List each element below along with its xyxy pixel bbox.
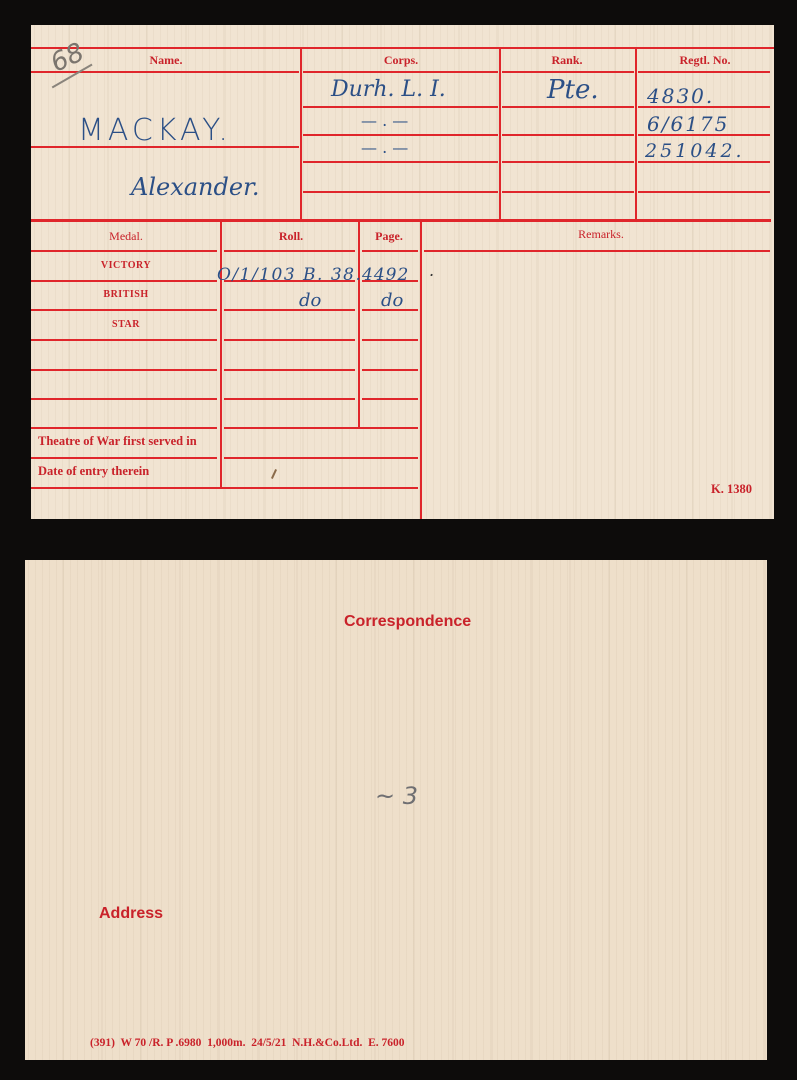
rule-line — [31, 339, 217, 341]
rule-divider — [358, 221, 360, 428]
corps-entry-2: — . — — [361, 111, 408, 130]
forename-entry: Alexander. — [131, 173, 260, 201]
medal-card-back: Correspondence ~ 3 Address (391) W 70 /R… — [25, 560, 767, 1060]
rule-divider — [220, 221, 222, 488]
rule-divider — [635, 47, 637, 219]
rule-line — [502, 106, 634, 108]
rule-divider — [499, 47, 501, 219]
regtl-no-header: Regtl. No. — [645, 53, 765, 68]
date-entry-label: Date of entry therein — [38, 464, 149, 479]
pencil-mark: ~ 3 — [375, 782, 418, 810]
rule-line — [362, 369, 418, 371]
roll-entry-victory: O/1/103 B. 38. — [217, 265, 362, 285]
rule-line — [31, 47, 774, 49]
rule-line — [31, 457, 217, 459]
page-header: Page. — [361, 229, 417, 244]
rule-line — [303, 106, 498, 108]
medal-name-star: Star — [71, 319, 181, 330]
rank-entry: Pte. — [547, 75, 599, 105]
rule-divider — [420, 221, 422, 519]
rule-line — [362, 398, 418, 400]
pencil-mark — [271, 469, 277, 479]
rule-line — [303, 161, 498, 163]
rank-header: Rank. — [521, 53, 613, 68]
rule-line — [224, 339, 355, 341]
address-label: Address — [99, 905, 163, 923]
page-entry-victory: 4492 — [362, 265, 409, 285]
rule-line — [31, 427, 217, 429]
corps-header: Corps. — [351, 53, 451, 68]
rule-line — [224, 457, 418, 459]
rule-line — [224, 309, 355, 311]
rule-line — [638, 191, 770, 193]
rule-line — [638, 71, 770, 73]
regtl-no-entry-2: 6/6175 — [647, 112, 729, 136]
surname-entry: MACKAY. — [78, 113, 232, 148]
rule-line — [224, 427, 418, 429]
rule-line — [502, 71, 634, 73]
rule-line — [31, 250, 217, 252]
rule-line — [303, 191, 498, 193]
rule-line — [502, 191, 634, 193]
name-header: Name. — [111, 53, 221, 68]
rule-line — [424, 250, 770, 252]
rule-line — [502, 161, 634, 163]
printer-imprint: (391) W 70 /R. P .6980 1,000m. 24/5/21 N… — [90, 1037, 405, 1049]
corps-entry-1: Durh. L. I. — [331, 77, 446, 102]
rule-line — [31, 369, 217, 371]
theatre-label: Theatre of War first served in — [38, 434, 197, 449]
rule-line — [303, 134, 498, 136]
section-separator — [31, 219, 771, 222]
regtl-no-entry-3: 251042. — [645, 140, 745, 162]
rule-line — [224, 398, 355, 400]
rule-line — [31, 309, 217, 311]
regtl-no-entry-1: 4830. — [647, 84, 714, 108]
medal-name-british: British — [71, 289, 181, 300]
correspondence-label: Correspondence — [344, 613, 471, 631]
roll-header: Roll. — [241, 229, 341, 244]
rule-line — [31, 487, 418, 489]
roll-entry-british: do — [299, 290, 321, 311]
rule-line — [224, 250, 355, 252]
medal-header: Medal. — [71, 229, 181, 244]
rule-line — [362, 250, 418, 252]
medal-card-front: Name. Corps. Rank. Regtl. No. 68 MACKAY.… — [31, 25, 774, 519]
corps-entry-3: — . — — [361, 138, 408, 157]
remarks-mark: . — [429, 261, 434, 280]
page-entry-british: do — [381, 290, 403, 311]
rule-divider — [300, 47, 302, 219]
form-code: K. 1380 — [711, 482, 752, 497]
rule-line — [362, 339, 418, 341]
rule-line — [31, 280, 217, 282]
medal-name-victory: Victory — [71, 260, 181, 271]
remarks-header: Remarks. — [511, 227, 691, 242]
rule-line — [303, 71, 498, 73]
rule-line — [31, 398, 217, 400]
rule-line — [224, 369, 355, 371]
rule-line — [502, 134, 634, 136]
